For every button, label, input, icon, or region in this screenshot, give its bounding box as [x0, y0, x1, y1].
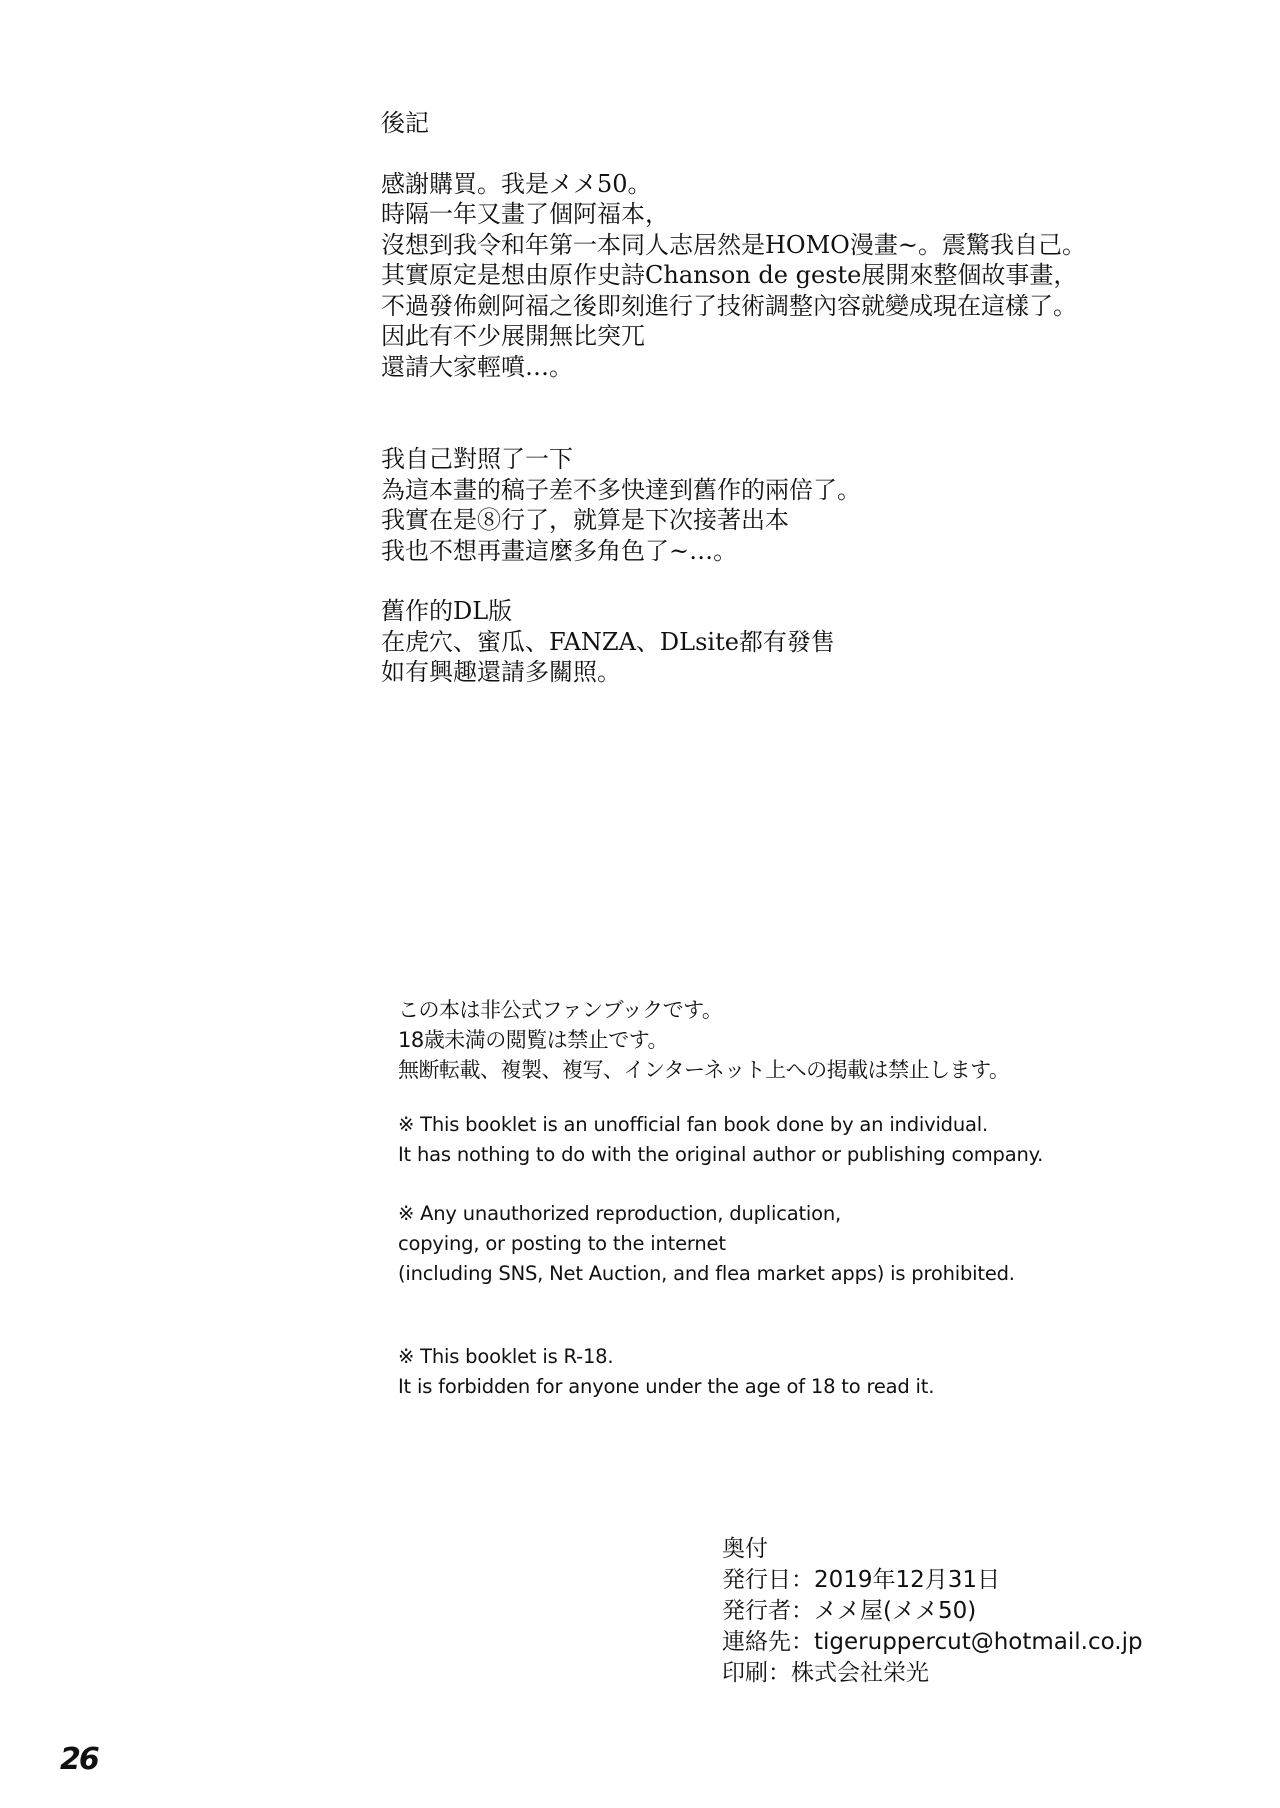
text-line: ※ Any unauthorized reproduction, duplica…: [398, 1199, 1198, 1229]
document-page: 後記 感謝購買。我是メメ50。 時隔一年又畫了個阿福本， 沒想到我令和年第一本同…: [0, 0, 1280, 1808]
afterword-title: 後記: [381, 108, 1181, 139]
text-line: ※ This booklet is R-18.: [398, 1342, 1198, 1372]
text-line: 如有興趣還請多關照。: [381, 657, 1181, 688]
disclaimer-note-r18: ※ This booklet is R-18. It is forbidden …: [398, 1342, 1198, 1402]
text-line: 感謝購買。我是メメ50。: [381, 169, 1181, 200]
afterword-section: 後記 感謝購買。我是メメ50。 時隔一年又畫了個阿福本， 沒想到我令和年第一本同…: [381, 108, 1181, 688]
disclaimer-note-unofficial: ※ This booklet is an unofficial fan book…: [398, 1110, 1198, 1170]
text-line: It has nothing to do with the original a…: [398, 1140, 1198, 1170]
text-line: 因此有不少展開無比突兀: [381, 321, 1181, 352]
text-line: It is forbidden for anyone under the age…: [398, 1372, 1198, 1402]
text-line: 為這本畫的稿子差不多快達到舊作的兩倍了。: [381, 475, 1181, 506]
text-line: この本は非公式ファンブックです。: [398, 995, 1198, 1025]
text-line: 不過發佈劍阿福之後即刻進行了技術調整內容就變成現在這樣了。: [381, 291, 1181, 322]
colophon-title: 奥付: [722, 1534, 1242, 1565]
disclaimer-note-reproduction: ※ Any unauthorized reproduction, duplica…: [398, 1199, 1198, 1289]
colophon-publish-date: 発行日：2019年12月31日: [722, 1565, 1242, 1596]
text-line: 其實原定是想由原作史詩Chanson de geste展開來整個故事畫，: [381, 260, 1181, 291]
text-line: 在虎穴、蜜瓜、FANZA、DLsite都有發售: [381, 627, 1181, 658]
text-line: 沒想到我令和年第一本同人志居然是HOMO漫畫~。震驚我自己。: [381, 230, 1181, 261]
text-line: (including SNS, Net Auction, and flea ma…: [398, 1259, 1198, 1289]
page-number: 26: [60, 1742, 98, 1777]
colophon-section: 奥付 発行日：2019年12月31日 発行者：メメ屋(メメ50) 連絡先：tig…: [722, 1534, 1242, 1689]
text-line: 18歳未満の閲覧は禁止です。: [398, 1025, 1198, 1055]
text-line: 時隔一年又畫了個阿福本，: [381, 199, 1181, 230]
disclaimer-japanese: この本は非公式ファンブックです。 18歳未満の閲覧は禁止です。 無断転載、複製、…: [398, 995, 1198, 1085]
afterword-paragraph-dl-version: 舊作的DL版 在虎穴、蜜瓜、FANZA、DLsite都有發售 如有興趣還請多關照…: [381, 596, 1181, 688]
text-line: copying, or posting to the internet: [398, 1229, 1198, 1259]
text-line: ※ This booklet is an unofficial fan book…: [398, 1110, 1198, 1140]
disclaimer-section: この本は非公式ファンブックです。 18歳未満の閲覧は禁止です。 無断転載、複製、…: [398, 995, 1198, 1402]
text-line: 我也不想再畫這麼多角色了~…。: [381, 536, 1181, 567]
text-line: 我實在是⑧行了，就算是下次接著出本: [381, 505, 1181, 536]
colophon-contact: 連絡先：tigeruppercut@hotmail.co.jp: [722, 1627, 1242, 1658]
afterword-paragraph-comparison: 我自己對照了一下 為這本畫的稿子差不多快達到舊作的兩倍了。 我實在是⑧行了，就算…: [381, 444, 1181, 566]
text-line: 無断転載、複製、複写、インターネット上への掲載は禁止します。: [398, 1055, 1198, 1085]
text-line: 舊作的DL版: [381, 596, 1181, 627]
text-line: 還請大家輕噴…。: [381, 352, 1181, 383]
text-line: 我自己對照了一下: [381, 444, 1181, 475]
colophon-printer: 印刷：株式会社栄光: [722, 1658, 1242, 1689]
colophon-publisher: 発行者：メメ屋(メメ50): [722, 1596, 1242, 1627]
afterword-paragraph-greeting: 感謝購買。我是メメ50。 時隔一年又畫了個阿福本， 沒想到我令和年第一本同人志居…: [381, 169, 1181, 383]
